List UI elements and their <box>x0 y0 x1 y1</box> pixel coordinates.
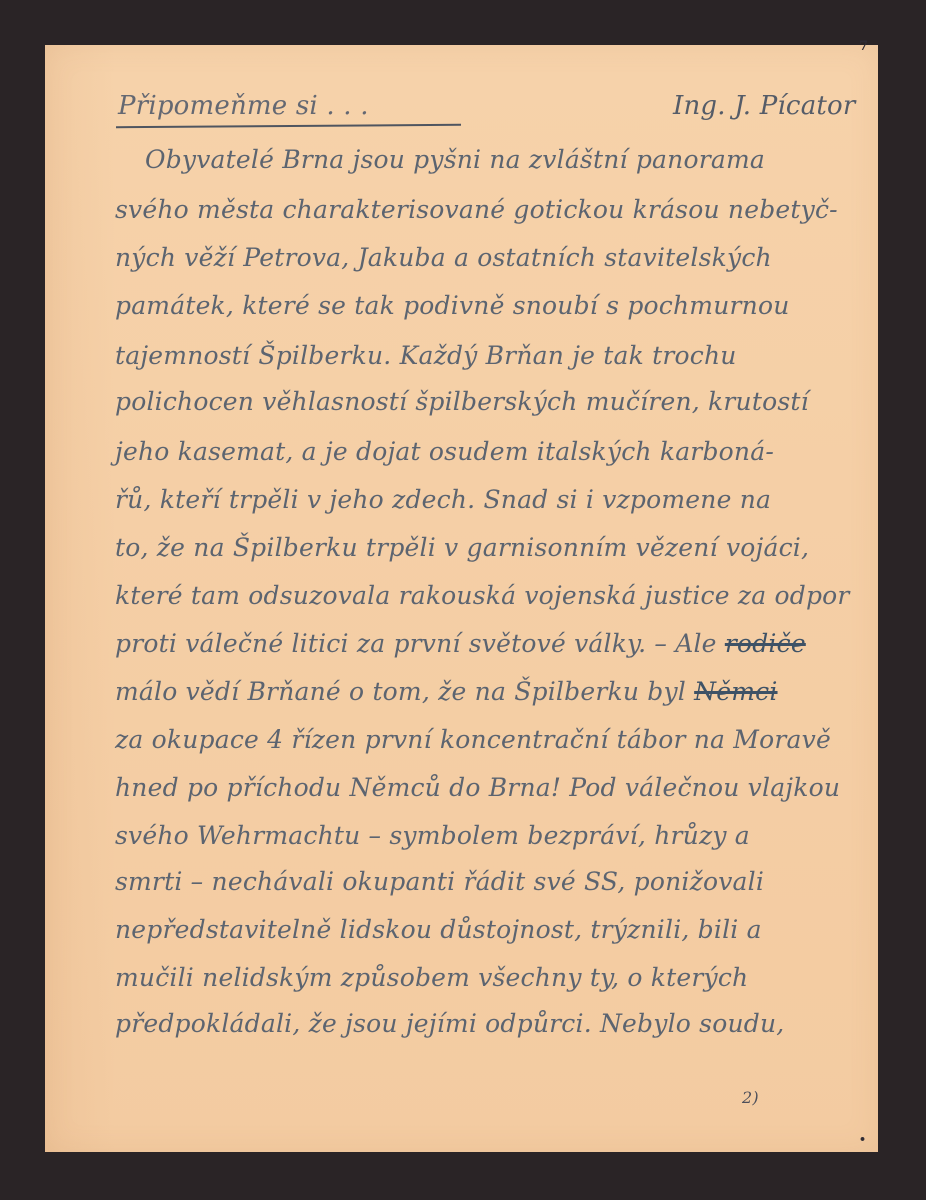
text-line-11: proti válečné litici za první světové vá… <box>115 629 875 658</box>
text-line-4: památek, které se tak podivně snoubí s p… <box>115 291 875 320</box>
text-line-12: málo vědí Brňané o tom, že na Špilberku … <box>115 677 875 706</box>
author-signature: Ing. J. Pícator <box>673 91 856 121</box>
text-line-10: které tam odsuzovala rakouská vojenská j… <box>115 581 875 610</box>
text-line-7: jeho kasemat, a je dojat osudem italskýc… <box>115 437 875 466</box>
text-line-8: řů, kteří trpěli v jeho zdech. Snad si i… <box>115 485 875 514</box>
text-line-18: mučili nelidským způsobem všechny ty, o … <box>115 963 875 992</box>
text-line-3: ných věží Petrova, Jakuba a ostatních st… <box>115 243 875 272</box>
text-line-1: Obyvatelé Brna jsou pyšni na zvláštní pa… <box>145 145 905 174</box>
text-line-9: to, že na Špilberku trpěli v garnisonním… <box>115 533 875 562</box>
text-line-12-body: málo vědí Brňané o tom, že na Špilberku … <box>115 677 686 706</box>
struck-word-line-11: rodiče <box>725 629 806 658</box>
document-title: Připomeňme si . . . <box>118 91 369 121</box>
text-line-13: za okupace 4 řízen první koncentrační tá… <box>115 725 875 754</box>
text-line-2: svého města charakterisované gotickou kr… <box>115 195 875 224</box>
text-line-16: smrti – nechávali okupanti řádit své SS,… <box>115 867 875 896</box>
page-number: 2) <box>742 1088 759 1107</box>
text-line-11-body: proti válečné litici za první světové vá… <box>115 629 717 658</box>
manuscript-page: 7 • Připomeňme si . . . Ing. J. Pícator … <box>45 45 878 1152</box>
title-underline <box>116 124 461 128</box>
text-line-19: předpokládali, že jsou jejími odpůrci. N… <box>115 1009 875 1038</box>
text-line-6: polichocen věhlasností špilberských mučí… <box>115 387 875 416</box>
text-line-15: svého Wehrmachtu – symbolem bezpráví, hr… <box>115 821 875 850</box>
text-line-5: tajemností Špilberku. Každý Brňan je tak… <box>115 341 875 370</box>
text-line-17: nepředstavitelně lidskou důstojnost, trý… <box>115 915 875 944</box>
struck-word-line-12: Němci <box>694 677 777 706</box>
archive-mark-bottom: • <box>859 1133 866 1146</box>
archive-mark-top: 7 <box>859 39 868 54</box>
text-line-14: hned po příchodu Němců do Brna! Pod vále… <box>115 773 875 802</box>
